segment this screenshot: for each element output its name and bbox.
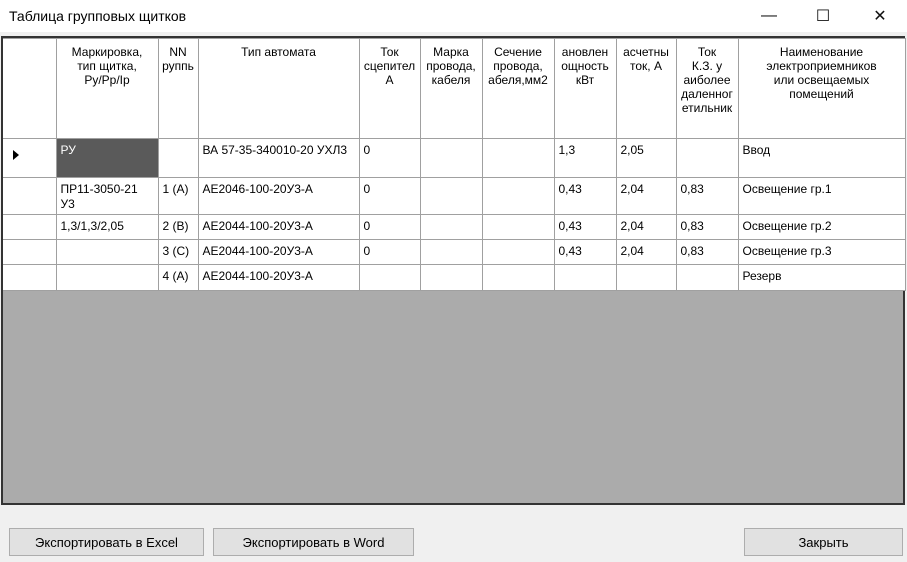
export-excel-button[interactable]: Экспортировать в Excel (9, 528, 204, 556)
table-cell[interactable]: 0,83 (676, 240, 738, 265)
table-cell[interactable] (56, 265, 158, 291)
column-header[interactable]: Наименованиеэлектроприемниковили освещае… (738, 39, 905, 139)
table-cell[interactable]: 0 (359, 178, 420, 215)
window-title: Таблица групповых щитков (9, 8, 186, 24)
table-cell[interactable]: АЕ2044-100-20У3-А (198, 265, 359, 291)
table-cell[interactable]: 0,83 (676, 178, 738, 215)
maximize-icon[interactable]: ☐ (800, 0, 846, 32)
table-cell[interactable] (420, 240, 482, 265)
table-cell[interactable] (676, 265, 738, 291)
table-row[interactable]: 4 (А)АЕ2044-100-20У3-АРезерв (3, 265, 905, 291)
table-cell[interactable]: 0 (359, 139, 420, 178)
table-cell[interactable] (482, 139, 554, 178)
column-header[interactable]: ТоксцепителА (359, 39, 420, 139)
column-header[interactable]: Маркапровода,кабеля (420, 39, 482, 139)
table-cell[interactable]: 1,3/1,3/2,05 (56, 215, 158, 240)
table-cell[interactable] (158, 139, 198, 178)
table-cell[interactable] (482, 240, 554, 265)
column-header[interactable]: асчетныток, А (616, 39, 676, 139)
column-header[interactable]: Тип автомата (198, 39, 359, 139)
table-cell[interactable]: АЕ2046-100-20У3-А (198, 178, 359, 215)
table-cell[interactable]: 0 (359, 240, 420, 265)
table-cell[interactable]: Ввод (738, 139, 905, 178)
table-cell[interactable]: 2,04 (616, 178, 676, 215)
table-cell[interactable] (420, 139, 482, 178)
data-grid[interactable]: Маркировка,тип щитка,Ру/Рр/IрNNруппьТип … (1, 36, 905, 505)
table-cell[interactable]: Освещение гр.1 (738, 178, 905, 215)
table-cell[interactable]: 2,05 (616, 139, 676, 178)
table-cell[interactable] (482, 265, 554, 291)
table-cell[interactable] (676, 139, 738, 178)
column-header[interactable]: Сечениепровода,абеля,мм2 (482, 39, 554, 139)
column-header[interactable]: ановленощностькВт (554, 39, 616, 139)
row-header[interactable] (3, 178, 56, 215)
table-cell[interactable]: 3 (С) (158, 240, 198, 265)
group-panels-table: Маркировка,тип щитка,Ру/Рр/IрNNруппьТип … (3, 38, 906, 291)
table-cell[interactable]: АЕ2044-100-20У3-А (198, 215, 359, 240)
table-cell[interactable]: 0,43 (554, 215, 616, 240)
table-cell[interactable]: 2,04 (616, 215, 676, 240)
current-row-arrow-icon (13, 150, 19, 160)
table-cell[interactable] (420, 215, 482, 240)
table-cell[interactable]: 2,04 (616, 240, 676, 265)
row-header-corner[interactable] (3, 39, 56, 139)
table-cell[interactable] (420, 265, 482, 291)
table-cell[interactable]: АЕ2044-100-20У3-А (198, 240, 359, 265)
column-header[interactable]: Маркировка,тип щитка,Ру/Рр/Iр (56, 39, 158, 139)
column-header[interactable]: ТокК.З. уаиболеедаленногетильник (676, 39, 738, 139)
table-cell[interactable]: 0 (359, 215, 420, 240)
table-cell[interactable]: 0,43 (554, 240, 616, 265)
table-cell[interactable]: РУ (56, 139, 158, 178)
close-button[interactable]: Закрыть (744, 528, 903, 556)
table-row[interactable]: 1,3/1,3/2,052 (В)АЕ2044-100-20У3-А00,432… (3, 215, 905, 240)
table-cell[interactable] (616, 265, 676, 291)
row-header[interactable] (3, 265, 56, 291)
table-row[interactable]: 3 (С)АЕ2044-100-20У3-А00,432,040,83Освещ… (3, 240, 905, 265)
table-cell[interactable] (554, 265, 616, 291)
table-cell[interactable] (420, 178, 482, 215)
table-row[interactable]: РУВА 57-35-340010-20 УХЛ301,32,05Ввод (3, 139, 905, 178)
table-cell[interactable]: ВА 57-35-340010-20 УХЛ3 (198, 139, 359, 178)
table-cell[interactable]: 4 (А) (158, 265, 198, 291)
table-cell[interactable]: ПР11-3050-21 У3 (56, 178, 158, 215)
table-cell[interactable]: 1,3 (554, 139, 616, 178)
title-bar: Таблица групповых щитков — ☐ ✕ (0, 0, 907, 32)
column-header[interactable]: NNруппь (158, 39, 198, 139)
table-cell[interactable]: 0,83 (676, 215, 738, 240)
table-row[interactable]: ПР11-3050-21 У31 (А)АЕ2046-100-20У3-А00,… (3, 178, 905, 215)
close-icon[interactable]: ✕ (857, 0, 903, 32)
export-word-button[interactable]: Экспортировать в Word (213, 528, 414, 556)
row-header[interactable] (3, 139, 56, 178)
row-header[interactable] (3, 240, 56, 265)
table-cell[interactable] (56, 240, 158, 265)
minimize-icon[interactable]: — (746, 0, 792, 32)
table-cell[interactable]: 2 (В) (158, 215, 198, 240)
row-header[interactable] (3, 215, 56, 240)
table-cell[interactable]: 1 (А) (158, 178, 198, 215)
table-cell[interactable]: Резерв (738, 265, 905, 291)
table-cell[interactable]: Освещение гр.3 (738, 240, 905, 265)
table-cell[interactable] (359, 265, 420, 291)
table-cell[interactable] (482, 215, 554, 240)
table-cell[interactable]: 0,43 (554, 178, 616, 215)
table-cell[interactable]: Освещение гр.2 (738, 215, 905, 240)
table-cell[interactable] (482, 178, 554, 215)
